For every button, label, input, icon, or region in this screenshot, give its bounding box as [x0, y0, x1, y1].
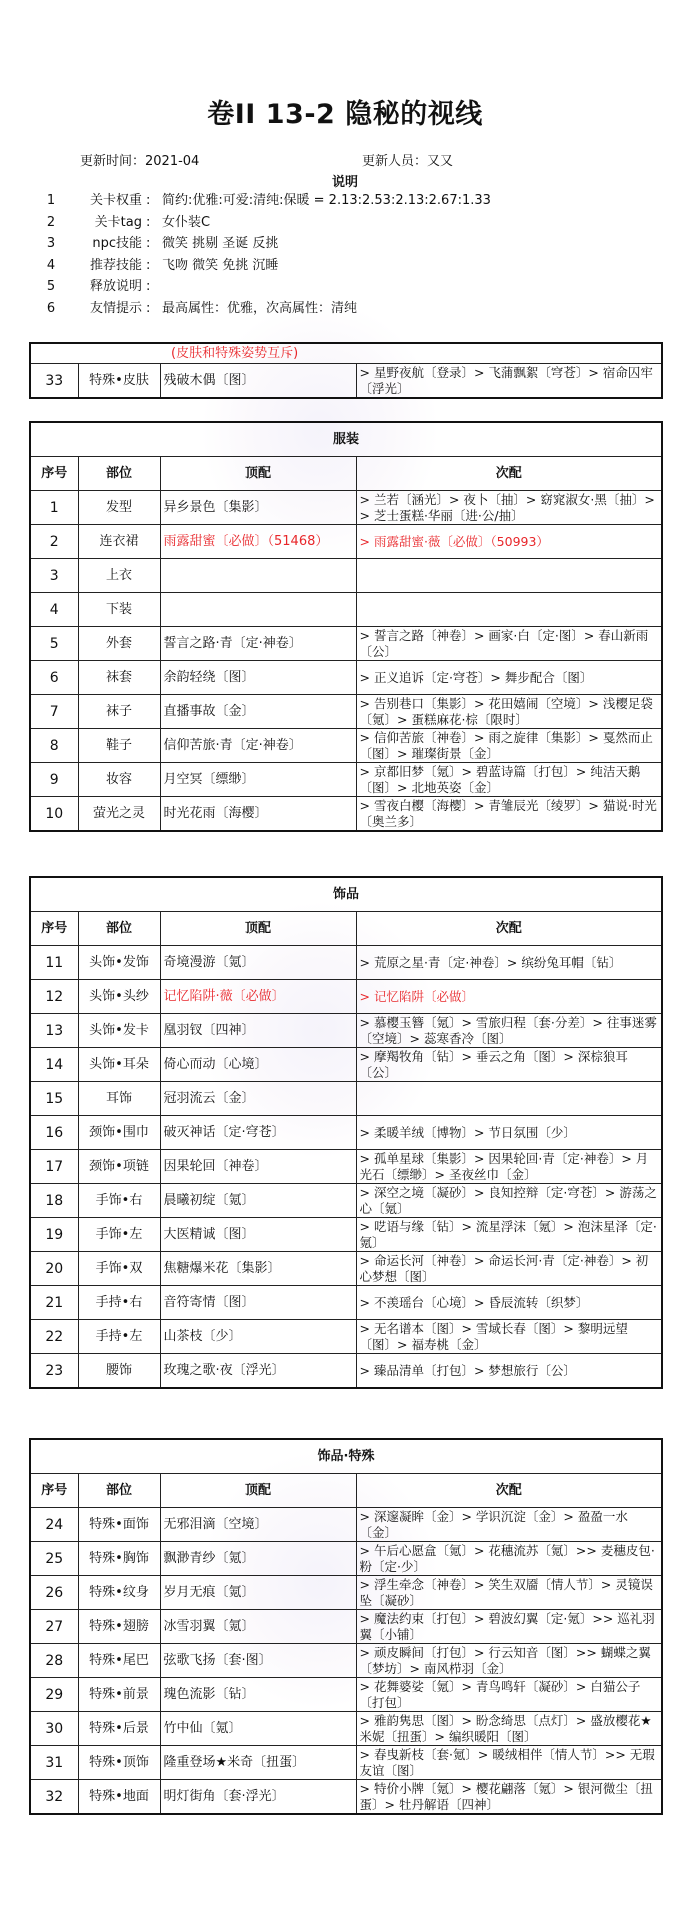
row-alternatives: > 正义追诉〔定·穹苍〕> 舞步配合〔图〕: [356, 661, 662, 695]
row-top-pick: 冰雪羽翼〔氪〕: [160, 1610, 356, 1644]
skin-table: (皮肤和特殊姿势互斥) 33特殊•皮肤残破木偶〔图〕> 星野夜航〔登录〕> 飞蒲…: [29, 342, 663, 399]
description-row-label: 释放说明: [74, 276, 142, 297]
header-alternatives: 次配: [356, 457, 662, 491]
row-number: 25: [30, 1542, 78, 1576]
description-row-number: 5: [44, 276, 58, 297]
row-number: 15: [30, 1082, 78, 1116]
header-top-pick: 顶配: [160, 1474, 356, 1508]
row-part: 特殊•地面: [78, 1780, 160, 1815]
table-row: 27特殊•翅膀冰雪羽翼〔氪〕> 魔法约束〔打包〕> 碧波幻翼〔定·氪〕>> 巡礼…: [30, 1610, 662, 1644]
row-alternatives: > 臻品清单〔打包〕> 梦想旅行〔公〕: [356, 1354, 662, 1389]
table-row: 33特殊•皮肤残破木偶〔图〕> 星野夜航〔登录〕> 飞蒲飘絮〔穹苍〕> 宿命囚牢…: [30, 364, 662, 399]
row-alternatives: > 呓语与缘〔钻〕> 流星浮沫〔氪〕> 泡沫星泽〔定·氪〕: [356, 1218, 662, 1252]
row-top-pick: 明灯街角〔套·浮光〕: [160, 1780, 356, 1815]
skin-note-row: (皮肤和特殊姿势互斥): [30, 343, 662, 364]
row-top-pick: [160, 593, 356, 627]
row-number: 22: [30, 1320, 78, 1354]
description-row-label: 推荐技能: [74, 255, 142, 276]
accessory-table: 饰品 序号部位顶配次配11头饰•发饰奇境漫游〔氪〕> 荒原之星·青〔定·神卷〕>…: [29, 876, 663, 1389]
row-number: 29: [30, 1678, 78, 1712]
row-part: 连衣裙: [78, 525, 160, 559]
description-row-value: 最高属性：优雅，次高属性：清纯: [162, 298, 357, 319]
row-top-pick: 瑰色流影〔钻〕: [160, 1678, 356, 1712]
table-row: 10萤光之灵时光花雨〔海樱〕> 雪夜白樱〔海樱〕> 青雏辰光〔绫罗〕> 猫说·时…: [30, 797, 662, 832]
row-alternatives: [356, 1082, 662, 1116]
table-row: 28特殊•尾巴弦歌飞扬〔套·图〕> 顽皮瞬间〔打包〕> 行云知音〔图〕>> 蝴蝶…: [30, 1644, 662, 1678]
description-row-label: 关卡权重: [74, 190, 142, 211]
header-part: 部位: [78, 912, 160, 946]
row-number: 13: [30, 1014, 78, 1048]
row-alternatives: > 顽皮瞬间〔打包〕> 行云知音〔图〕>> 蝴蝶之翼〔梦坊〕> 南风栉羽〔金〕: [356, 1644, 662, 1678]
row-alternatives: > 深空之境〔凝砂〕> 良知控辩〔定·穹苍〕> 游荡之心〔氪〕: [356, 1184, 662, 1218]
row-alternatives: > 深邃凝眸〔金〕> 学识沉淀〔金〕> 盈盈一水〔金〕: [356, 1508, 662, 1542]
description-row: 3npc技能:微笑 挑剔 圣诞 反挑: [0, 233, 690, 254]
row-top-pick: 异乡景色〔集影〕: [160, 491, 356, 525]
row-part: 头饰•发饰: [78, 946, 160, 980]
row-number: 8: [30, 729, 78, 763]
table-row: 29特殊•前景瑰色流影〔钻〕> 花舞婆娑〔氪〕> 青鸟鸣轩〔凝砂〕> 白猫公子〔…: [30, 1678, 662, 1712]
row-number: 33: [30, 364, 78, 399]
row-alternatives: > 无名谱本〔图〕> 雪域长春〔图〕> 黎明远望〔图〕> 福寿桃〔金〕: [356, 1320, 662, 1354]
table-row: 17颈饰•项链因果轮回〔神卷〕> 孤单星球〔集影〕> 因果轮回·青〔定·神卷〕>…: [30, 1150, 662, 1184]
description-row-value: 飞吻 微笑 免挑 沉睡: [162, 255, 278, 276]
table-header-row: 序号部位顶配次配: [30, 912, 662, 946]
row-alternatives: [356, 593, 662, 627]
row-part: 上衣: [78, 559, 160, 593]
table-row: 13头饰•发卡凰羽钗〔四神〕> 慕樱玉簪〔氪〕> 雪旅归程〔套·分差〕> 往事迷…: [30, 1014, 662, 1048]
row-top-pick: 信仰苦旅·青〔定·神卷〕: [160, 729, 356, 763]
row-top-pick: 破灭神话〔定·穹苍〕: [160, 1116, 356, 1150]
row-part: 袜子: [78, 695, 160, 729]
row-part: 特殊•胸饰: [78, 1542, 160, 1576]
row-top-pick: 残破木偶〔图〕: [160, 364, 356, 399]
description-row-value: 微笑 挑剔 圣诞 反挑: [162, 233, 278, 254]
header-part: 部位: [78, 1474, 160, 1508]
row-number: 10: [30, 797, 78, 832]
table-header-row: 序号部位顶配次配: [30, 1474, 662, 1508]
row-part: 特殊•尾巴: [78, 1644, 160, 1678]
row-part: 特殊•翅膀: [78, 1610, 160, 1644]
row-alternatives: > 告别巷口〔集影〕> 花田嬉闹〔空境〕> 浅樱足袋〔氪〕> 蛋糕麻花·棕〔限时…: [356, 695, 662, 729]
row-part: 发型: [78, 491, 160, 525]
row-top-pick: 无邪泪滴〔空境〕: [160, 1508, 356, 1542]
table-row: 3上衣: [30, 559, 662, 593]
table-row: 12头饰•头纱记忆陷阱·薇〔必做〕> 记忆陷阱〔必做〕: [30, 980, 662, 1014]
row-part: 手持•左: [78, 1320, 160, 1354]
row-part: 手饰•左: [78, 1218, 160, 1252]
row-part: 特殊•后景: [78, 1712, 160, 1746]
row-alternatives: > 雅韵隽思〔图〕> 盼念绮思〔点灯〕> 盛放樱花★米妮〔扭蛋〕> 编织暖阳〔图…: [356, 1712, 662, 1746]
row-alternatives: > 誓言之路〔神卷〕> 画家·白〔定·图〕> 春山新雨〔公〕: [356, 627, 662, 661]
row-top-pick: 飘渺青纱〔氪〕: [160, 1542, 356, 1576]
row-part: 颈饰•围巾: [78, 1116, 160, 1150]
row-top-pick: 倚心而动〔心境〕: [160, 1048, 356, 1082]
row-part: 特殊•面饰: [78, 1508, 160, 1542]
table-row: 22手持•左山茶枝〔少〕> 无名谱本〔图〕> 雪域长春〔图〕> 黎明远望〔图〕>…: [30, 1320, 662, 1354]
row-part: 鞋子: [78, 729, 160, 763]
row-number: 30: [30, 1712, 78, 1746]
header-part: 部位: [78, 457, 160, 491]
description-row-number: 1: [44, 190, 58, 211]
row-number: 31: [30, 1746, 78, 1780]
updater-value: 又又: [427, 154, 453, 169]
table-row: 11头饰•发饰奇境漫游〔氪〕> 荒原之星·青〔定·神卷〕> 缤纷兔耳帽〔钻〕: [30, 946, 662, 980]
row-alternatives: > 记忆陷阱〔必做〕: [356, 980, 662, 1014]
row-number: 9: [30, 763, 78, 797]
row-top-pick: 竹中仙〔氪〕: [160, 1712, 356, 1746]
row-top-pick: 隆重登场★米奇〔扭蛋〕: [160, 1746, 356, 1780]
row-number: 19: [30, 1218, 78, 1252]
row-part: 手饰•右: [78, 1184, 160, 1218]
row-number: 16: [30, 1116, 78, 1150]
row-number: 2: [30, 525, 78, 559]
row-top-pick: 余韵轻绕〔图〕: [160, 661, 356, 695]
row-number: 32: [30, 1780, 78, 1815]
row-part: 腰饰: [78, 1354, 160, 1389]
row-part: 手持•右: [78, 1286, 160, 1320]
row-top-pick: 奇境漫游〔氪〕: [160, 946, 356, 980]
row-part: 特殊•顶饰: [78, 1746, 160, 1780]
row-alternatives: > 花舞婆娑〔氪〕> 青鸟鸣轩〔凝砂〕> 白猫公子〔打包〕: [356, 1678, 662, 1712]
row-top-pick: [160, 559, 356, 593]
update-time-label: 更新时间：: [80, 154, 145, 169]
description-row-label: 关卡tag: [74, 212, 142, 233]
description-row: 2关卡tag:女仆装C: [0, 212, 690, 233]
row-alternatives: > 雨露甜蜜·薇〔必做〕（50993）: [356, 525, 662, 559]
description-row-colon: :: [146, 276, 150, 297]
row-part: 妆容: [78, 763, 160, 797]
row-alternatives: > 兰若〔涵光〕> 夜卜〔抽〕> 窈窕淑女·黑〔抽〕>> 芝士蛋糕·华丽〔进·公…: [356, 491, 662, 525]
row-part: 手饰•双: [78, 1252, 160, 1286]
header-alternatives: 次配: [356, 1474, 662, 1508]
table-row: 4下装: [30, 593, 662, 627]
row-number: 6: [30, 661, 78, 695]
row-number: 23: [30, 1354, 78, 1389]
row-alternatives: > 不羡瑶台〔心境〕> 昏辰流转〔织梦〕: [356, 1286, 662, 1320]
row-top-pick: 凰羽钗〔四神〕: [160, 1014, 356, 1048]
row-number: 26: [30, 1576, 78, 1610]
special-section-title: 饰品·特殊: [30, 1439, 662, 1474]
description-row-number: 2: [44, 212, 58, 233]
row-number: 5: [30, 627, 78, 661]
row-top-pick: 山茶枝〔少〕: [160, 1320, 356, 1354]
description-row-colon: :: [146, 190, 150, 211]
row-number: 24: [30, 1508, 78, 1542]
clothing-table: 服装 序号部位顶配次配1发型异乡景色〔集影〕> 兰若〔涵光〕> 夜卜〔抽〕> 窈…: [29, 421, 663, 832]
row-number: 17: [30, 1150, 78, 1184]
row-part: 袜套: [78, 661, 160, 695]
table-row: 20手饰•双焦糖爆米花〔集影〕> 命运长河〔神卷〕> 命运长河·青〔定·神卷〕>…: [30, 1252, 662, 1286]
description-row-value: 女仆装C: [162, 212, 210, 233]
row-alternatives: [356, 559, 662, 593]
row-alternatives: > 命运长河〔神卷〕> 命运长河·青〔定·神卷〕> 初心梦想〔图〕: [356, 1252, 662, 1286]
table-row: 7袜子直播事故〔金〕> 告别巷口〔集影〕> 花田嬉闹〔空境〕> 浅樱足袋〔氪〕>…: [30, 695, 662, 729]
update-time: 更新时间：2021-04: [80, 150, 199, 169]
table-row: 25特殊•胸饰飘渺青纱〔氪〕> 午后心愿盒〔氪〕> 花穗流苏〔氪〕>> 麦穗皮包…: [30, 1542, 662, 1576]
row-alternatives: > 星野夜航〔登录〕> 飞蒲飘絮〔穹苍〕> 宿命囚牢〔浮光〕: [356, 364, 662, 399]
row-part: 外套: [78, 627, 160, 661]
row-part: 头饰•发卡: [78, 1014, 160, 1048]
table-row: 24特殊•面饰无邪泪滴〔空境〕> 深邃凝眸〔金〕> 学识沉淀〔金〕> 盈盈一水〔…: [30, 1508, 662, 1542]
table-row: 6袜套余韵轻绕〔图〕> 正义追诉〔定·穹苍〕> 舞步配合〔图〕: [30, 661, 662, 695]
row-top-pick: 岁月无痕〔氪〕: [160, 1576, 356, 1610]
page-title: 卷II 13-2 隐秘的视线: [0, 92, 690, 131]
updater: 更新人员：又又: [362, 150, 453, 169]
row-top-pick: 冠羽流云〔金〕: [160, 1082, 356, 1116]
row-number: 4: [30, 593, 78, 627]
row-top-pick: 因果轮回〔神卷〕: [160, 1150, 356, 1184]
row-alternatives: > 魔法约束〔打包〕> 碧波幻翼〔定·氪〕>> 巡礼羽翼〔小铺〕: [356, 1610, 662, 1644]
special-accessory-table: 饰品·特殊 序号部位顶配次配24特殊•面饰无邪泪滴〔空境〕> 深邃凝眸〔金〕> …: [29, 1438, 663, 1815]
row-top-pick: 音符寄情〔图〕: [160, 1286, 356, 1320]
description-row-label: npc技能: [74, 233, 142, 254]
table-row: 15耳饰冠羽流云〔金〕: [30, 1082, 662, 1116]
row-alternatives: > 浮生牵念〔神卷〕> 笑生双靥〔情人节〕> 灵镜误坠〔凝砂〕: [356, 1576, 662, 1610]
description-row-value: 简约:优雅:可爱:清纯:保暖 = 2.13:2.53:2.13:2.67:1.3…: [162, 190, 491, 211]
table-row: 21手持•右音符寄情〔图〕> 不羡瑶台〔心境〕> 昏辰流转〔织梦〕: [30, 1286, 662, 1320]
header-number: 序号: [30, 912, 78, 946]
row-number: 18: [30, 1184, 78, 1218]
row-alternatives: > 特价小牌〔氪〕> 樱花翩落〔氪〕> 银河微尘〔扭蛋〕> 牡丹解语〔四神〕: [356, 1780, 662, 1815]
row-part: 特殊•前景: [78, 1678, 160, 1712]
row-top-pick: 时光花雨〔海樱〕: [160, 797, 356, 832]
row-part: 耳饰: [78, 1082, 160, 1116]
row-part: 头饰•头纱: [78, 980, 160, 1014]
table-row: 2连衣裙雨露甜蜜〔必做〕（51468）> 雨露甜蜜·薇〔必做〕（50993）: [30, 525, 662, 559]
description-row-label: 友情提示: [74, 298, 142, 319]
row-top-pick: 焦糖爆米花〔集影〕: [160, 1252, 356, 1286]
header-top-pick: 顶配: [160, 457, 356, 491]
header-number: 序号: [30, 1474, 78, 1508]
updater-label: 更新人员：: [362, 154, 427, 169]
row-number: 28: [30, 1644, 78, 1678]
accessory-section-title: 饰品: [30, 877, 662, 912]
row-alternatives: > 春曳新枝〔套·氪〕> 暖绒相伴〔情人节〕>> 无瑕友谊〔图〕: [356, 1746, 662, 1780]
row-alternatives: > 摩羯牧角〔钻〕> 垂云之角〔图〕> 深棕狼耳〔公〕: [356, 1048, 662, 1082]
table-row: 26特殊•纹身岁月无痕〔氪〕> 浮生牵念〔神卷〕> 笑生双靥〔情人节〕> 灵镜误…: [30, 1576, 662, 1610]
skin-exclusive-note: (皮肤和特殊姿势互斥): [30, 343, 662, 364]
header-top-pick: 顶配: [160, 912, 356, 946]
row-top-pick: 记忆陷阱·薇〔必做〕: [160, 980, 356, 1014]
table-row: 32特殊•地面明灯街角〔套·浮光〕> 特价小牌〔氪〕> 樱花翩落〔氪〕> 银河微…: [30, 1780, 662, 1815]
row-number: 12: [30, 980, 78, 1014]
row-top-pick: 月空冥〔缥缈〕: [160, 763, 356, 797]
description-row: 6友情提示:最高属性：优雅，次高属性：清纯: [0, 298, 690, 319]
row-alternatives: > 雪夜白樱〔海樱〕> 青雏辰光〔绫罗〕> 猫说·时光〔奥兰多〕: [356, 797, 662, 832]
row-number: 7: [30, 695, 78, 729]
row-number: 1: [30, 491, 78, 525]
row-number: 21: [30, 1286, 78, 1320]
description-row: 1关卡权重:简约:优雅:可爱:清纯:保暖 = 2.13:2.53:2.13:2.…: [0, 190, 690, 211]
description-row-colon: :: [146, 233, 150, 254]
row-number: 27: [30, 1610, 78, 1644]
row-part: 特殊•纹身: [78, 1576, 160, 1610]
row-number: 14: [30, 1048, 78, 1082]
table-row: 9妆容月空冥〔缥缈〕> 京都旧梦〔氪〕> 碧蓝诗篇〔打包〕> 纯洁天鹅〔图〕> …: [30, 763, 662, 797]
header-number: 序号: [30, 457, 78, 491]
row-alternatives: > 慕樱玉簪〔氪〕> 雪旅归程〔套·分差〕> 往事迷雾〔空境〕> 蕊寒香冷〔图〕: [356, 1014, 662, 1048]
row-top-pick: 直播事故〔金〕: [160, 695, 356, 729]
description-row-colon: :: [146, 212, 150, 233]
table-row: 8鞋子信仰苦旅·青〔定·神卷〕> 信仰苦旅〔神卷〕> 雨之旋律〔集影〕> 戛然而…: [30, 729, 662, 763]
row-alternatives: > 孤单星球〔集影〕> 因果轮回·青〔定·神卷〕> 月光石〔缥缈〕> 圣夜丝巾〔…: [356, 1150, 662, 1184]
table-row: 23腰饰玫瑰之歌·夜〔浮光〕> 臻品清单〔打包〕> 梦想旅行〔公〕: [30, 1354, 662, 1389]
row-number: 11: [30, 946, 78, 980]
row-part: 头饰•耳朵: [78, 1048, 160, 1082]
row-top-pick: 晨曦初绽〔氪〕: [160, 1184, 356, 1218]
row-part: 萤光之灵: [78, 797, 160, 832]
description-row-number: 6: [44, 298, 58, 319]
row-top-pick: 玫瑰之歌·夜〔浮光〕: [160, 1354, 356, 1389]
row-top-pick: 弦歌飞扬〔套·图〕: [160, 1644, 356, 1678]
row-alternatives: > 信仰苦旅〔神卷〕> 雨之旋律〔集影〕> 戛然而止〔图〕> 璀璨街景〔金〕: [356, 729, 662, 763]
table-header-row: 序号部位顶配次配: [30, 457, 662, 491]
description-row: 4推荐技能:飞吻 微笑 免挑 沉睡: [0, 255, 690, 276]
row-top-pick: 大医精诚〔图〕: [160, 1218, 356, 1252]
row-number: 3: [30, 559, 78, 593]
table-row: 30特殊•后景竹中仙〔氪〕> 雅韵隽思〔图〕> 盼念绮思〔点灯〕> 盛放樱花★米…: [30, 1712, 662, 1746]
table-row: 16颈饰•围巾破灭神话〔定·穹苍〕> 柔暖羊绒〔博物〕> 节日氛围〔少〕: [30, 1116, 662, 1150]
row-alternatives: > 荒原之星·青〔定·神卷〕> 缤纷兔耳帽〔钻〕: [356, 946, 662, 980]
update-time-value: 2021-04: [145, 154, 199, 169]
header-alternatives: 次配: [356, 912, 662, 946]
table-row: 1发型异乡景色〔集影〕> 兰若〔涵光〕> 夜卜〔抽〕> 窈窕淑女·黑〔抽〕>> …: [30, 491, 662, 525]
row-top-pick: 雨露甜蜜〔必做〕（51468）: [160, 525, 356, 559]
clothing-section-title: 服装: [30, 422, 662, 457]
row-number: 20: [30, 1252, 78, 1286]
row-alternatives: > 午后心愿盒〔氪〕> 花穗流苏〔氪〕>> 麦穗皮包·粉〔定·少〕: [356, 1542, 662, 1576]
table-row: 18手饰•右晨曦初绽〔氪〕> 深空之境〔凝砂〕> 良知控辩〔定·穹苍〕> 游荡之…: [30, 1184, 662, 1218]
row-top-pick: 誓言之路·青〔定·神卷〕: [160, 627, 356, 661]
row-part: 颈饰•项链: [78, 1150, 160, 1184]
description-row-number: 3: [44, 233, 58, 254]
table-row: 31特殊•顶饰隆重登场★米奇〔扭蛋〕> 春曳新枝〔套·氪〕> 暖绒相伴〔情人节〕…: [30, 1746, 662, 1780]
table-row: 5外套誓言之路·青〔定·神卷〕> 誓言之路〔神卷〕> 画家·白〔定·图〕> 春山…: [30, 627, 662, 661]
row-part: 特殊•皮肤: [78, 364, 160, 399]
description-row: 5释放说明:: [0, 276, 690, 297]
description-heading: 说明: [0, 171, 690, 190]
row-part: 下装: [78, 593, 160, 627]
description-row-colon: :: [146, 255, 150, 276]
description-row-colon: :: [146, 298, 150, 319]
table-row: 14头饰•耳朵倚心而动〔心境〕> 摩羯牧角〔钻〕> 垂云之角〔图〕> 深棕狼耳〔…: [30, 1048, 662, 1082]
table-row: 19手饰•左大医精诚〔图〕> 呓语与缘〔钻〕> 流星浮沫〔氪〕> 泡沫星泽〔定·…: [30, 1218, 662, 1252]
row-alternatives: > 柔暖羊绒〔博物〕> 节日氛围〔少〕: [356, 1116, 662, 1150]
description-row-number: 4: [44, 255, 58, 276]
row-alternatives: > 京都旧梦〔氪〕> 碧蓝诗篇〔打包〕> 纯洁天鹅〔图〕> 北地英姿〔金〕: [356, 763, 662, 797]
